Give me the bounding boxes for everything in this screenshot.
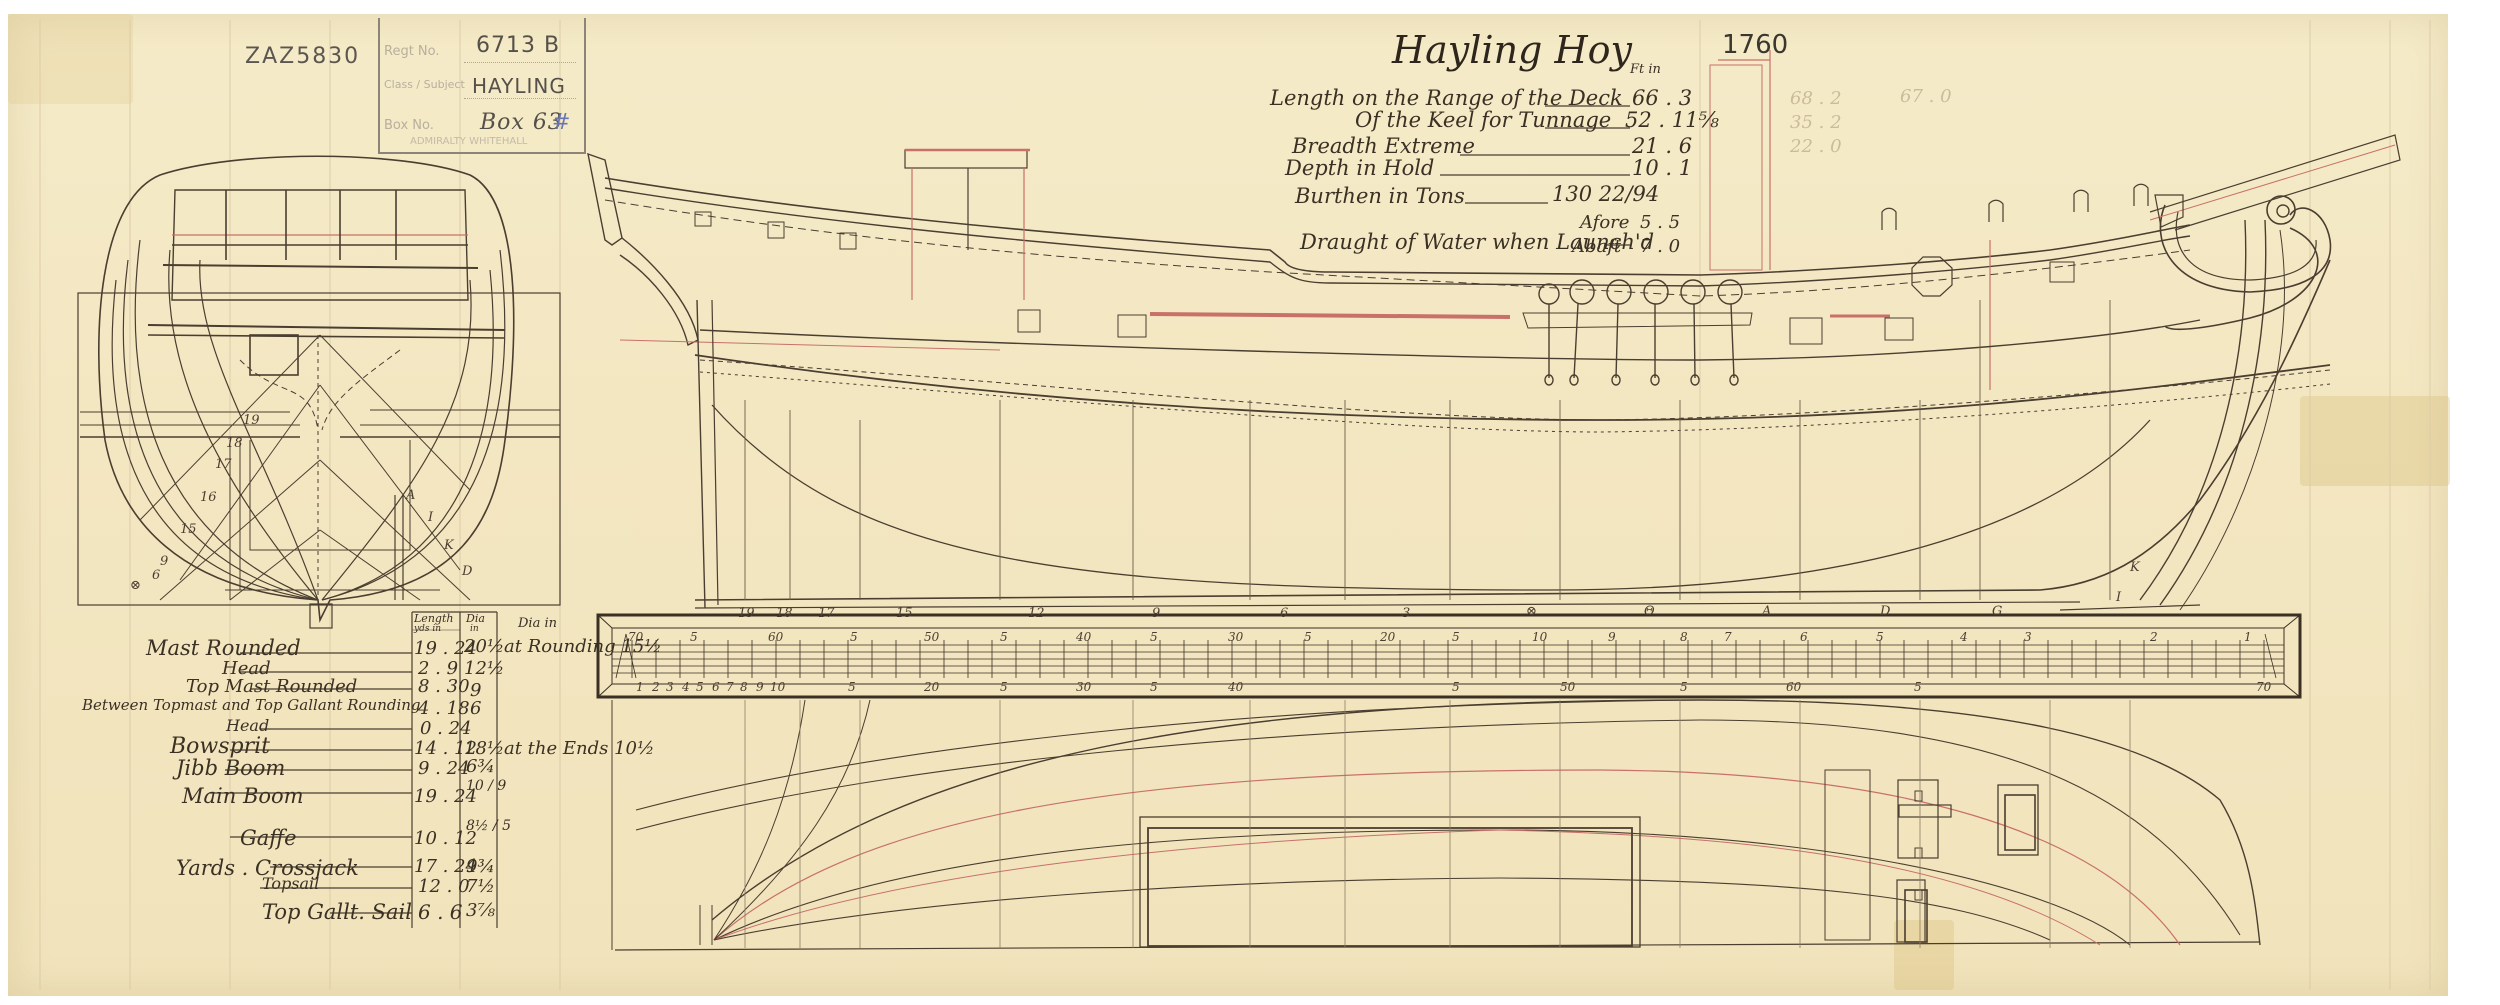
- draught-afore-value: 5 . 5: [1640, 212, 1680, 233]
- scale-top-number: 6: [1800, 630, 1808, 644]
- spar-length: 6 . 6: [418, 900, 463, 924]
- dimension-value: 21 . 6: [1632, 134, 1692, 158]
- body-plan-label: 15: [180, 522, 197, 537]
- station-label: 6: [1280, 606, 1288, 621]
- scale-bottom-number: 7: [726, 680, 734, 694]
- body-plan-label: 9: [160, 554, 168, 569]
- stamp-footer: ADMIRALTY WHITEHALL: [410, 136, 527, 147]
- station-label: 18: [776, 606, 793, 621]
- scale-bottom-number: 5: [1000, 680, 1008, 694]
- scale-top-number: 1: [2244, 630, 2252, 644]
- body-plan-label: 19: [243, 413, 260, 428]
- archive-stamp: Regt No. 6713 B Class / Subject HAYLING …: [378, 18, 586, 154]
- dia-note-header: Dia in: [518, 616, 557, 631]
- body-plan-label: D: [462, 564, 472, 579]
- box-mark: #: [552, 110, 571, 135]
- box-value: Box 63: [480, 110, 563, 135]
- reg-no-value: 6713 B: [476, 33, 560, 58]
- spar-diameter: 7½: [466, 876, 495, 897]
- station-label: 12: [1028, 606, 1045, 621]
- body-plan-label: 17: [215, 457, 232, 472]
- dimension-value: 52 . 11⅝: [1625, 108, 1719, 132]
- scale-bottom-number: 5: [1680, 680, 1688, 694]
- scale-top-number: 5: [690, 630, 698, 644]
- dimension-label: Length on the Range of the Deck: [1270, 86, 1623, 110]
- spar-diameter: 6: [470, 698, 481, 719]
- scale-top-number: 5: [1000, 630, 1008, 644]
- year: 1760: [1722, 30, 1788, 60]
- station-label: Θ: [1644, 604, 1655, 619]
- station-label: 9: [1152, 606, 1160, 621]
- scale-bottom-number: 5: [1452, 680, 1460, 694]
- draught-afore-label: Afore: [1580, 212, 1629, 233]
- page-title: Hayling Hoy: [1392, 28, 1632, 72]
- sheer-plan: [588, 50, 2400, 610]
- scale-top-number: 5: [1304, 630, 1312, 644]
- station-label: 3: [1402, 606, 1410, 621]
- dimension-value: 130 22/94: [1552, 182, 1659, 206]
- scale-top-number: 2: [2150, 630, 2158, 644]
- scale-bottom-number: 5: [848, 680, 856, 694]
- reg-no-label: Regt No.: [384, 44, 440, 59]
- body-plan-label: ⊗: [130, 578, 141, 593]
- station-label: K: [2130, 560, 2140, 575]
- scale-bottom-number: 5: [1914, 680, 1922, 694]
- scale-top-number: 5: [1452, 630, 1460, 644]
- spar-diameter-units: in: [470, 624, 479, 634]
- scale-top-number: 30: [1228, 630, 1243, 644]
- body-plan-label: 16: [200, 490, 217, 505]
- spar-diameter: 20½: [464, 636, 504, 657]
- pencil-note: 67 . 0: [1900, 86, 1952, 107]
- station-label: 15: [896, 606, 913, 621]
- scale-top-number: 20: [1380, 630, 1395, 644]
- spar-label: Between Topmast and Top Gallant Rounding: [82, 696, 421, 714]
- scale-bottom-number: 9: [756, 680, 764, 694]
- spar-diameter: 8½ / 5: [466, 818, 511, 834]
- spar-diameter: 12½: [464, 658, 504, 679]
- draught-abaft-value: 7 . 0: [1640, 236, 1680, 257]
- scale-bottom-number: 3: [666, 680, 674, 694]
- scale-bottom-number: 5: [696, 680, 704, 694]
- spar-length: 12 . 0: [418, 876, 470, 897]
- station-label: D: [1880, 604, 1890, 619]
- spar-length-units: yds in: [414, 624, 441, 634]
- body-plan-label: 6: [152, 568, 160, 583]
- scale-top-number: 9: [1608, 630, 1616, 644]
- scale-bottom-number: 2: [652, 680, 660, 694]
- station-label: 19: [738, 606, 755, 621]
- body-plan-label: I: [428, 510, 433, 525]
- scale-bottom-number: 6: [712, 680, 720, 694]
- spar-label: Topsail: [262, 874, 319, 893]
- scale-top-number: 10: [1532, 630, 1547, 644]
- half-breadth-plan: [612, 700, 2260, 950]
- scale-top-number: 5: [1876, 630, 1884, 644]
- scale-bottom-number: 1: [636, 680, 644, 694]
- scale-bottom-number: 40: [1228, 680, 1243, 694]
- dimension-label: Depth in Hold: [1285, 156, 1434, 180]
- station-label: ⊗: [1526, 604, 1537, 619]
- scale-top-number: 8: [1680, 630, 1688, 644]
- spar-diameter: 9¾: [466, 856, 495, 877]
- draught-abaft-label: Abaft: [1572, 236, 1621, 257]
- station-label: 17: [818, 606, 835, 621]
- subject-label: Class / Subject: [384, 78, 465, 91]
- scale-bottom-number: 50: [1560, 680, 1575, 694]
- scale-top-number: 50: [924, 630, 939, 644]
- scale-top-number: 3: [2024, 630, 2032, 644]
- spar-label: Gaffe: [240, 826, 297, 850]
- pencil-note: 22 . 0: [1790, 136, 1842, 157]
- scale-bottom-number: 30: [1076, 680, 1091, 694]
- dia-note-ends: at the Ends 10½: [504, 738, 654, 759]
- spar-label: Main Boom: [182, 784, 304, 808]
- scale-top-number: 60: [768, 630, 783, 644]
- scale-bottom-number: 8: [740, 680, 748, 694]
- scale-top-number: 40: [1076, 630, 1091, 644]
- body-plan: [78, 156, 560, 628]
- pencil-note: 35 . 2: [1790, 112, 1842, 133]
- scale-top-number: 5: [850, 630, 858, 644]
- dimension-label: Breadth Extreme: [1292, 134, 1475, 158]
- scale-bottom-number: 10: [770, 680, 785, 694]
- spar-length: 9 . 24: [418, 758, 470, 779]
- scale-bottom-number: 60: [1786, 680, 1801, 694]
- spar-label: Mast Rounded: [146, 636, 301, 660]
- subject-value: HAYLING: [472, 74, 566, 98]
- station-label: I: [2116, 590, 2121, 605]
- spar-length: 8 . 30: [418, 676, 470, 697]
- dotted-line: [464, 98, 576, 99]
- reference-number: ZAZ5830: [245, 44, 360, 69]
- spar-label: Head: [226, 716, 269, 735]
- dimension-value: 10 . 1: [1632, 156, 1692, 180]
- units-header: Ft in: [1630, 62, 1661, 77]
- scale-top-number: 70: [628, 630, 643, 644]
- scale-bottom-number: 20: [924, 680, 939, 694]
- station-label: A: [1762, 604, 1771, 619]
- dimension-label: Burthen in Tons: [1295, 184, 1465, 208]
- scale-bottom-number: 4: [682, 680, 690, 694]
- box-label: Box No.: [384, 118, 434, 133]
- pencil-note: 68 . 2: [1790, 88, 1842, 109]
- station-label: G: [1992, 604, 2002, 619]
- spar-length: 4 . 18: [418, 698, 470, 719]
- spar-label: Top Gallt. Sail: [262, 900, 412, 924]
- scale-top-number: 7: [1724, 630, 1732, 644]
- dotted-line: [464, 62, 576, 63]
- scale-bottom-number: 5: [1150, 680, 1158, 694]
- dimension-value: 66 . 3: [1632, 86, 1692, 110]
- spar-diameter: 6¾: [466, 756, 495, 777]
- spar-diameter: 10 / 9: [466, 778, 506, 794]
- spar-length: 0 . 24: [420, 718, 472, 739]
- body-plan-label: 18: [226, 436, 243, 451]
- ship-plan-drawing: [0, 0, 2500, 1005]
- dimension-label: Of the Keel for Tunnage: [1355, 108, 1611, 132]
- scale-top-number: 4: [1960, 630, 1968, 644]
- spar-label: Jibb Boom: [176, 756, 285, 780]
- body-plan-label: A: [406, 488, 415, 503]
- body-plan-label: K: [444, 538, 454, 553]
- spar-diameter: 3⅞: [466, 900, 495, 921]
- scale-top-number: 5: [1150, 630, 1158, 644]
- spar-label: Top Mast Rounded: [186, 676, 357, 697]
- scale-bottom-number: 70: [2256, 680, 2271, 694]
